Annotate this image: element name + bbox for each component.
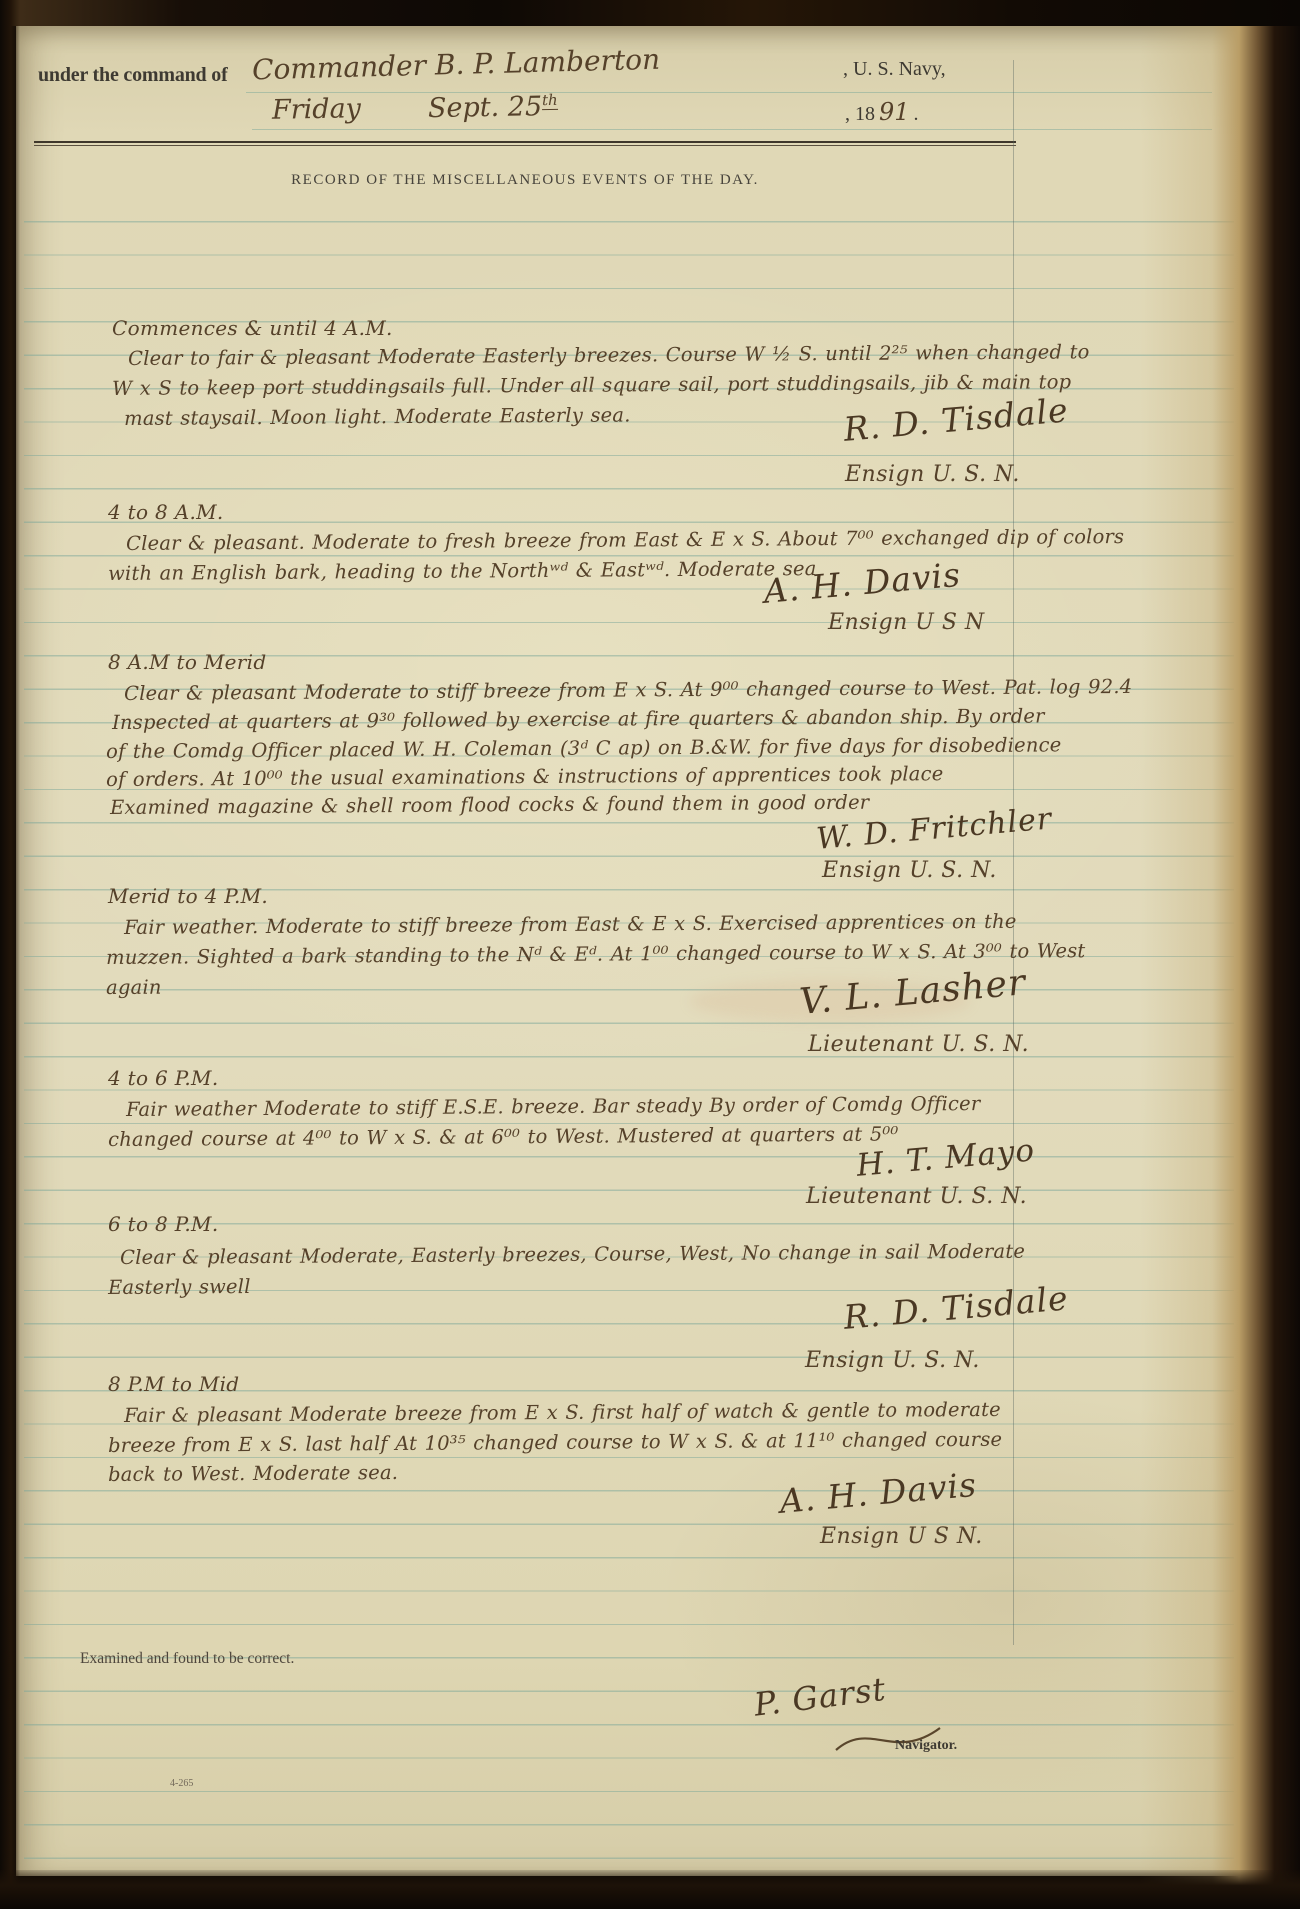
logbook-scan: under the command of Commander B. P. Lam… (0, 0, 1300, 1909)
entry-heading: Commences & until 4 A.M. (112, 316, 393, 340)
binding-edge-left (0, 0, 20, 1909)
entry-heading: 4 to 8 A.M. (108, 500, 224, 524)
right-margin-line (1013, 60, 1014, 1645)
ruled-lines (24, 221, 1234, 1871)
printed-navy-suffix: , U. S. Navy, (843, 58, 946, 81)
watch-officer-rank: Ensign U S N. (820, 1524, 983, 1549)
watch-officer-rank: Ensign U. S. N. (845, 462, 1020, 487)
entry-line: again (106, 976, 162, 999)
entry-heading: Merid to 4 P.M. (108, 884, 268, 908)
navigator-title: Navigator. (895, 1738, 957, 1754)
printed-year-period: . (914, 103, 919, 125)
entry-heading: 4 to 6 P.M. (108, 1066, 219, 1090)
date-ordinal: th (542, 91, 558, 110)
entry-line: mast staysail. Moon light. Moderate East… (124, 403, 631, 430)
entry-line: Easterly swell (108, 1275, 251, 1299)
date-handwritten: Sept. 25th (428, 91, 558, 124)
entry-heading: 6 to 8 P.M. (108, 1212, 219, 1236)
watch-officer-rank: Lieutenant U. S. N. (808, 1032, 1029, 1057)
form-number: 4-265 (170, 1778, 193, 1789)
binding-edge-bottom (0, 1870, 1300, 1909)
date-month-day: Sept. 25 (428, 91, 543, 124)
section-title: RECORD OF THE MISCELLANEOUS EVENTS OF TH… (34, 172, 1016, 189)
examined-statement: Examined and found to be correct. (80, 1650, 294, 1668)
header-double-rule (34, 141, 1016, 146)
watch-officer-rank: Ensign U. S. N. (822, 858, 997, 883)
printed-command-prefix: under the command of (38, 64, 228, 87)
page-curl-right (1140, 0, 1300, 1909)
header-rule-2 (252, 129, 1212, 130)
year-group: , 18 91 . (845, 98, 919, 126)
watch-officer-rank: Lieutenant U. S. N. (806, 1184, 1027, 1209)
printed-year-prefix: , 18 (845, 103, 875, 125)
entry-heading: 8 P.M to Mid (108, 1372, 239, 1396)
entry-line: back to West. Moderate sea. (108, 1461, 398, 1486)
year-handwritten: 91 (879, 98, 910, 126)
binding-edge-top (0, 0, 1300, 26)
watch-officer-rank: Ensign U. S. N. (805, 1348, 980, 1373)
header-rule-1 (246, 92, 1212, 93)
date-day-handwritten: Friday (272, 93, 361, 126)
entry-heading: 8 A.M to Merid (108, 650, 266, 674)
watch-officer-rank: Ensign U S N (828, 610, 985, 635)
